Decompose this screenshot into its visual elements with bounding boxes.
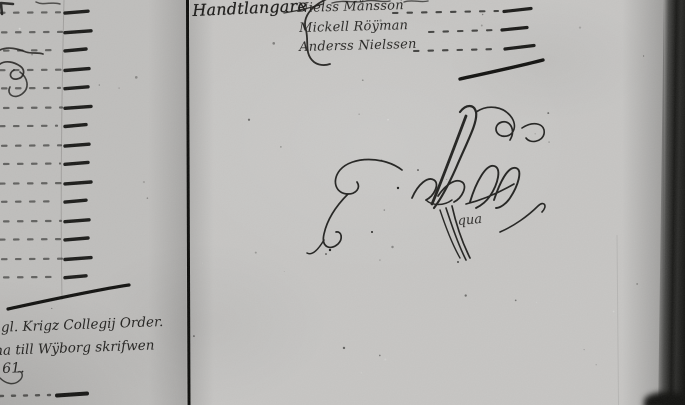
roster-entry-name: Nielss Månsson	[297, 0, 404, 16]
manuscript-scan: Handtlangare Nielss Månsson Mickell Röÿm…	[0, 0, 685, 405]
roster-entry-name: Mickell Röÿman	[299, 18, 408, 36]
signature-subscript: qua	[457, 212, 483, 229]
marginal-note-line: 61.	[2, 360, 25, 377]
roster-entry-name: Anderss Nielssen	[299, 37, 417, 55]
